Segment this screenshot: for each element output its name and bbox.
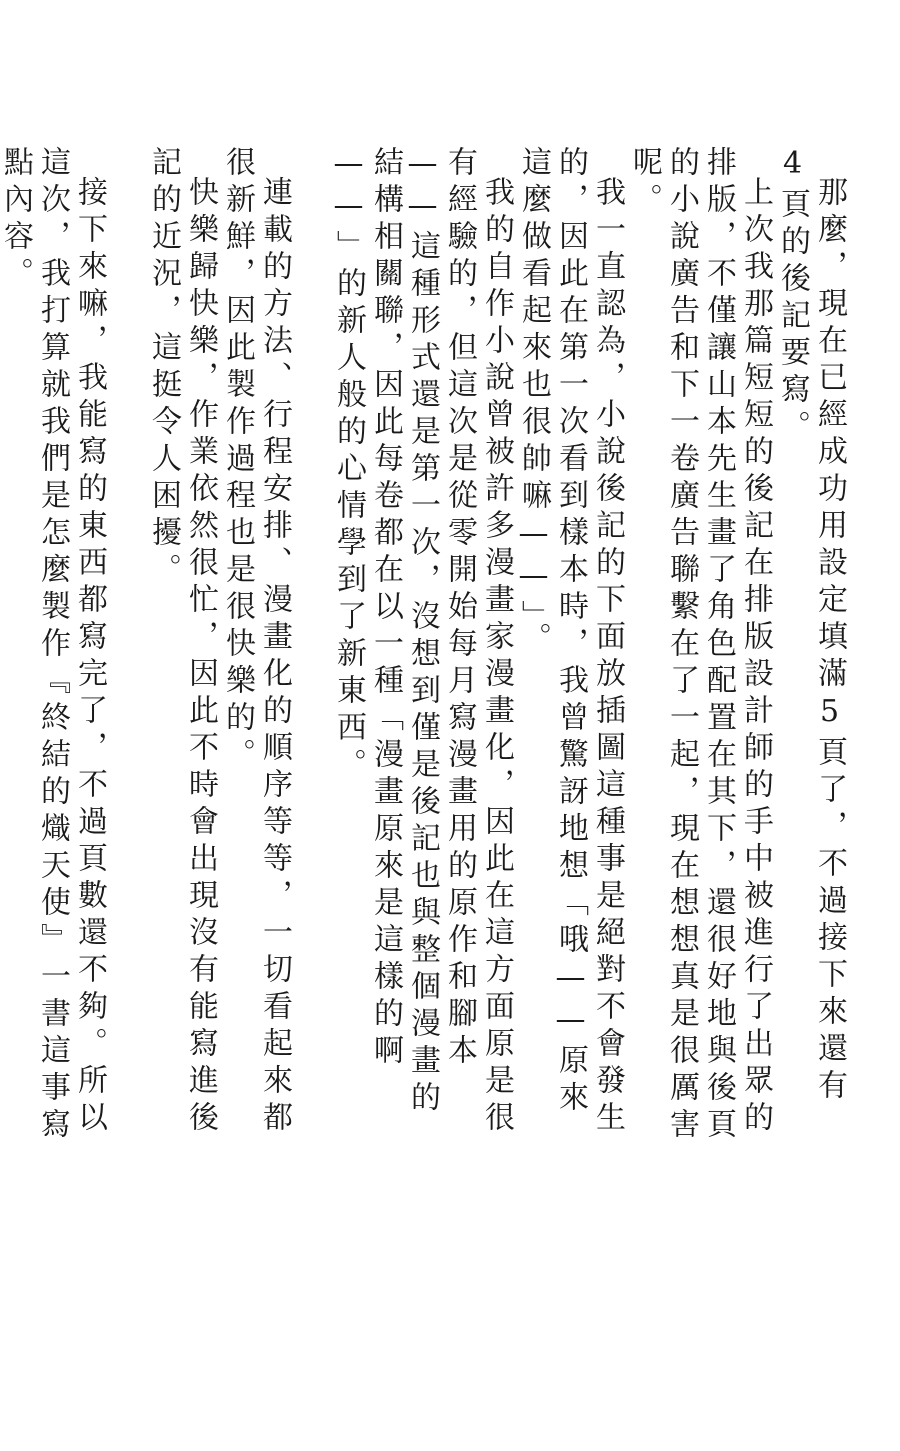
vertical-text-body: 那麼，現在已經成功用設定填滿5頁了，不過接下來還有4頁的後記要寫。 上次我那篇短… xyxy=(0,146,848,1146)
paragraph: 接下來嘛，我能寫的東西都寫完了，不過頁數還不夠。所以這次，我打算就我們是怎麼製作… xyxy=(0,146,108,1146)
section-gap xyxy=(108,146,145,156)
section-gap xyxy=(293,146,330,156)
paragraph: 我一直認為，小說後記的下面放插圖這種事是絕對不會發生的，因此在第一次看到樣本時，… xyxy=(515,146,626,1146)
paragraph: 上次我那篇短短的後記在排版設計師的手中被進行了出眾的排版，不僅讓山本先生畫了角色… xyxy=(626,146,774,1146)
paragraph: 連載的方法、行程安排、漫畫化的順序等等，一切看起來都很新鮮，因此製作過程也是很快… xyxy=(219,146,293,1146)
document-page: 那麼，現在已經成功用設定填滿5頁了，不過接下來還有4頁的後記要寫。 上次我那篇短… xyxy=(0,0,900,1451)
paragraph: 快樂歸快樂，作業依然很忙，因此不時會出現沒有能寫進後記的近況，這挺令人困擾。 xyxy=(145,146,219,1146)
paragraph: 我的自作小說曾被許多漫畫家漫畫化，因此在這方面原是很有經驗的，但這次是從零開始每… xyxy=(330,146,515,1146)
paragraph: 那麼，現在已經成功用設定填滿5頁了，不過接下來還有4頁的後記要寫。 xyxy=(774,146,848,1146)
